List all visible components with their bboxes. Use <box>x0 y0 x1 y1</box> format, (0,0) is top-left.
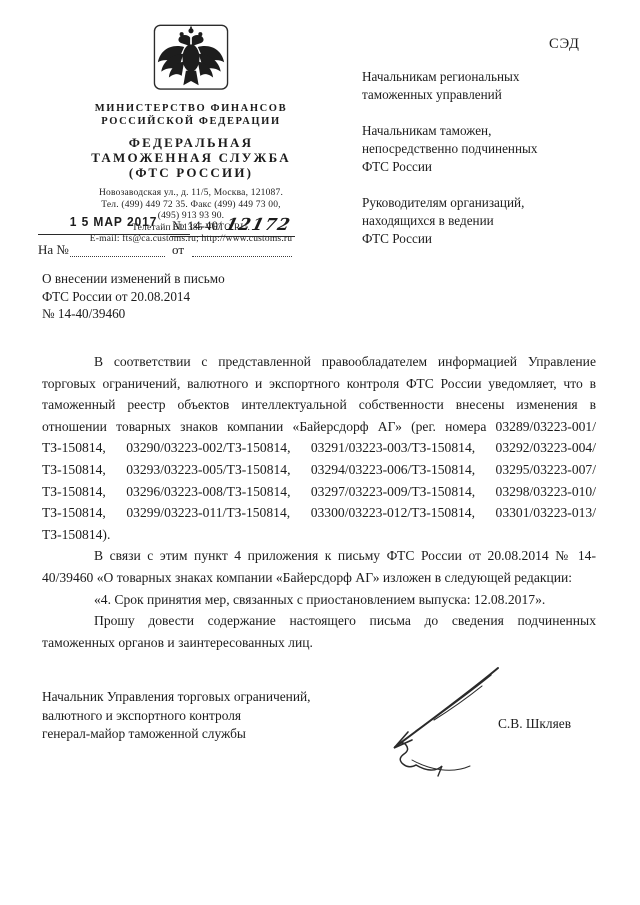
incoming-number-label: На № <box>38 242 69 258</box>
incoming-reference-row: На № от <box>38 242 358 262</box>
scanned-official-letter: СЭД <box>0 0 640 905</box>
date-stamp: 1 5 МАР 2017 <box>70 214 158 229</box>
handwritten-signature-icon <box>378 662 506 785</box>
date-field: 1 5 МАР 2017 <box>38 213 190 235</box>
body-paragraph-3: «4. Срок принятия мер, связанных с приос… <box>42 589 596 611</box>
signer-name: С.В. Шкляев <box>498 716 571 732</box>
incoming-number-blank-line <box>70 256 165 257</box>
body-paragraph-4: Прошу довести содержание настоящего пись… <box>42 610 596 653</box>
addressee-regional-customs: Начальникам региональных таможенных упра… <box>362 68 612 104</box>
sed-mark: СЭД <box>549 36 580 53</box>
letter-subject: О внесении изменений в письмо ФТС России… <box>42 270 225 323</box>
reference-row: 1 5 МАР 2017 № 14-40/ 12172 <box>38 213 358 237</box>
outgoing-number-field: № 14-40/ 12172 <box>170 215 295 237</box>
outgoing-number-handwritten: 12172 <box>223 215 293 234</box>
body-paragraph-2: В связи с этим пункт 4 приложения к пись… <box>42 545 596 588</box>
outgoing-number-prefix: № 14-40/ <box>172 218 222 233</box>
ministry-title: МИНИСТЕРСТВО ФИНАНСОВ РОССИЙСКОЙ ФЕДЕРАЦ… <box>30 103 352 128</box>
addressee-customs-heads: Начальникам таможен, непосредственно под… <box>362 122 612 176</box>
addressee-organization-heads: Руководителям организаций, находящихся в… <box>362 194 612 248</box>
addressees-list: Начальникам региональных таможенных упра… <box>362 68 612 266</box>
coat-of-arms-icon <box>152 24 230 97</box>
letter-body: В соответствии с представленной правообл… <box>42 351 596 653</box>
incoming-from-label: от <box>172 242 184 258</box>
agency-title: ФЕДЕРАЛЬНАЯ ТАМОЖЕННАЯ СЛУЖБА (ФТС РОССИ… <box>30 135 352 180</box>
body-paragraph-1: В соответствии с представленной правообл… <box>42 351 596 545</box>
signer-position: Начальник Управления торговых ограничени… <box>42 688 311 744</box>
incoming-from-blank-line <box>192 256 292 257</box>
